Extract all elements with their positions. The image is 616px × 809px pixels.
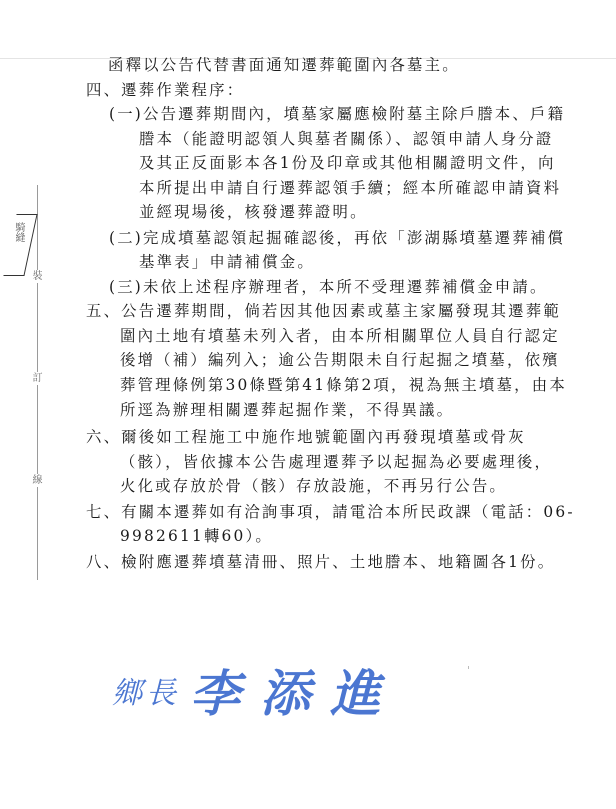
- document-line: 八、檢附應遷葬墳墓清冊、照片、土地謄本、地籍圖各1份。: [86, 552, 555, 572]
- document-line: 所逕為辦理相關遷葬起掘作業，不得異議。: [120, 400, 454, 420]
- document-line: 9982611轉60）。: [120, 526, 273, 546]
- document-line: 六、爾後如工程施工中施作地號範圍內再發現墳墓或骨灰: [86, 427, 526, 447]
- document-line: 七、有關本遷葬如有洽詢事項，請電洽本所民政課（電話：06-: [86, 502, 575, 522]
- document-line: 本所提出申請自行遷葬認領手續；經本所確認申請資料: [139, 178, 561, 198]
- document-line: 火化或存放於骨（骸）存放設施，不再另行公告。: [120, 476, 507, 496]
- document-line: 葬管理條例第30條暨第41條第2項，視為無主墳墓，由本: [120, 375, 567, 395]
- document-line: 四、遷葬作業程序：: [86, 80, 244, 100]
- binding-mark-xian: 線: [30, 474, 45, 487]
- document-line: 函釋以公告代替書面通知遷葬範圍內各墓主。: [108, 55, 460, 75]
- seam-stamp-text: 騎縫: [11, 222, 25, 242]
- binding-mark-zhuang: 裝: [30, 270, 45, 283]
- document-line: (三)未依上述程序辦理者，本所不受理遷葬補償金申請。: [109, 277, 548, 297]
- signature-stamp: 鄉長 李添進: [112, 650, 400, 730]
- document-line: 五、公告遷葬期間，倘若因其他因素或墓主家屬發現其遷葬範: [86, 301, 561, 321]
- document-line: (一)公告遷葬期間內，墳墓家屬應檢附墓主除戶謄本、戶籍: [109, 104, 565, 124]
- scan-speck: [468, 666, 469, 669]
- document-line: 圍內土地有墳墓未列入者，由本所相關單位人員自行認定: [120, 326, 560, 346]
- document-line: 並經現場後，核發遷葬證明。: [139, 202, 368, 222]
- signature-name: 李添進: [190, 654, 400, 726]
- document-line: 謄本（能證明認領人與墓者關係）、認領申請人身分證: [139, 129, 553, 149]
- document-line: 後增（補）編列入；逾公告期限未自行起掘之墳墓，依殯: [120, 350, 560, 370]
- document-line: 及其正反面影本各1份及印章或其他相關證明文件，向: [139, 153, 556, 173]
- binding-mark-ding: 訂: [30, 372, 45, 385]
- document-line: (二)完成墳墓認領起掘確認後，再依「澎湖縣墳墓遷葬補償: [109, 228, 565, 248]
- document-line: 基準表」申請補償金。: [139, 252, 315, 272]
- signature-title: 鄉長: [112, 668, 180, 712]
- document-line: （骸），皆依據本公告處理遷葬予以起掘為必要處理後，: [120, 452, 552, 472]
